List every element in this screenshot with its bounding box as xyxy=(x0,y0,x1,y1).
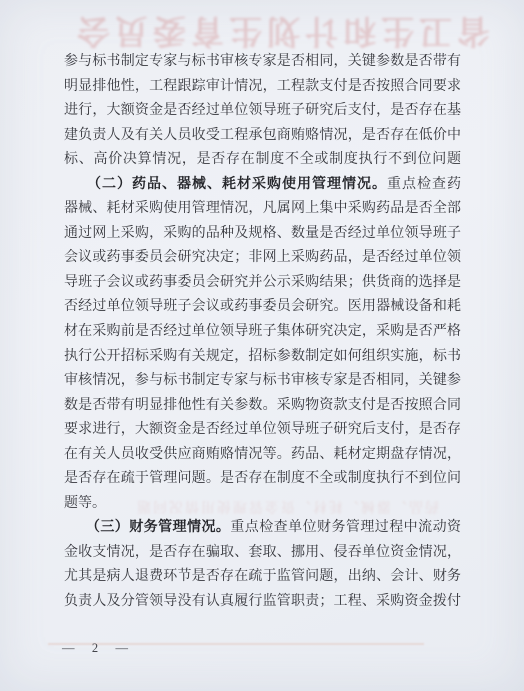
text-line: 金收支情况，是否存在骗取、套取、挪用、侵吞单位资金情况， xyxy=(64,541,461,566)
text-run: 重点检查单位财务管理过程中流动资 xyxy=(230,520,461,535)
text-line: 进行，大额资金是否经过单位领导班子研究后支付，是否存在基 xyxy=(64,99,461,124)
text-run: 参与标书制定专家与标书审核专家是否相同，关键参数是否带有 xyxy=(64,54,461,69)
footer-dash-right: — xyxy=(116,641,129,656)
text-line: 建负责人及有关人员收受工程承包商贿赂情况，是否存在低价中 xyxy=(64,124,461,149)
text-run: 会议或药事委员会研究决定；非网上采购药品，是否经过单位领 xyxy=(64,250,461,265)
text-line: 标、高价决算情况，是否存在制度不全或制度执行不到位问题等。 xyxy=(64,148,461,173)
text-run: 建负责人及有关人员收受工程承包商贿赂情况，是否存在低价中 xyxy=(64,128,461,143)
text-line: 参与标书制定专家与标书审核专家是否相同，关键参数是否带有 xyxy=(64,50,461,75)
document-body: 参与标书制定专家与标书审核专家是否相同，关键参数是否带有明显排他性，工程跟踪审计… xyxy=(64,50,461,615)
text-run: 导班子会议或药事委员会研究并公示采购结果；供货商的选择是 xyxy=(64,275,461,290)
text-line: 在有关人员收受供应商贿赂情况等。药品、耗材定期盘存情况， xyxy=(64,443,461,468)
text-run: 材在采购前是否经过单位领导班子集体研究决定，采购是否严格 xyxy=(64,324,461,339)
text-run: 是否存在疏于管理问题。是否存在制度不全或制度执行不到位问 xyxy=(64,471,461,486)
text-run: 尤其是病人退费环节是否存在疏于监管问题，出纳、会计、财务 xyxy=(64,569,461,584)
text-line: 审核情况，参与标书制定专家与标书审核专家是否相同，关键参 xyxy=(64,369,461,394)
text-run xyxy=(64,177,94,192)
text-run: 在有关人员收受供应商贿赂情况等。药品、耗材定期盘存情况， xyxy=(64,447,461,462)
text-line: 数是否带有明显排他性有关参数。采购物资款支付是否按照合同 xyxy=(64,394,461,419)
text-run xyxy=(64,520,93,535)
bleed-through-text: 药品、器械、耗材、资金管理使用情况问题 xyxy=(98,497,476,517)
text-line: 要求进行，大额资金是否经过单位领导班子研究后支付，是否存 xyxy=(64,418,461,443)
text-run: 通过网上采购，采购的品种及规格、数量是否经过单位领导班子 xyxy=(64,226,461,241)
text-run: 审核情况，参与标书制定专家与标书审核专家是否相同，关键参 xyxy=(64,373,461,388)
text-run: 负责人及分管领导没有认真履行监管职责；工程、采购资金拨付 xyxy=(64,594,461,609)
text-run: 数是否带有明显排他性有关参数。采购物资款支付是否按照合同 xyxy=(64,398,461,413)
text-run: 否经过单位领导班子会议或药事委员会研究。医用器械设备和耗 xyxy=(64,299,461,314)
text-line: 明显排他性，工程跟踪审计情况，工程款支付是否按照合同要求 xyxy=(64,75,461,100)
text-run: 明显排他性，工程跟踪审计情况，工程款支付是否按照合同要求 xyxy=(64,79,461,94)
footer-dash-left: — xyxy=(62,641,75,656)
text-run: 进行，大额资金是否经过单位领导班子研究后支付，是否存在基 xyxy=(64,103,461,118)
text-line: 材在采购前是否经过单位领导班子集体研究决定，采购是否严格 xyxy=(64,320,461,345)
text-run: 金收支情况，是否存在骗取、套取、挪用、侵吞单位资金情况， xyxy=(64,545,461,560)
section-heading: （二）药品、器械、耗材采购使用管理情况。 xyxy=(94,177,387,192)
text-line: 会议或药事委员会研究决定；非网上采购药品，是否经过单位领 xyxy=(64,246,461,271)
text-run: 要求进行，大额资金是否经过单位领导班子研究后支付，是否存 xyxy=(64,422,461,437)
text-line: （三）财务管理情况。重点检查单位财务管理过程中流动资 xyxy=(64,516,461,541)
text-line: 导班子会议或药事委员会研究并公示采购结果；供货商的选择是 xyxy=(64,271,461,296)
page-footer: — 2 — xyxy=(62,641,128,656)
page-number: 2 xyxy=(92,641,98,656)
text-line: 执行公开招标采购有关规定，招标参数制定如何组织实施，标书 xyxy=(64,345,461,370)
text-line: 器械、耗材采购使用管理情况，凡属网上集中采购药品是否全部 xyxy=(64,197,461,222)
text-line: 尤其是病人退费环节是否存在疏于监管问题，出纳、会计、财务 xyxy=(64,565,461,590)
text-line: 负责人及分管领导没有认真履行监管职责；工程、采购资金拨付 xyxy=(64,590,461,615)
text-run: 执行公开招标采购有关规定，招标参数制定如何组织实施，标书 xyxy=(64,349,461,364)
text-run: 标、高价决算情况，是否存在制度不全或制度执行不到位问题等。 xyxy=(64,152,461,173)
document-page: 省卫生和计划生育委员会 参与标书制定专家与标书审核专家是否相同，关键参数是否带有… xyxy=(0,0,524,691)
text-line: 是否存在疏于管理问题。是否存在制度不全或制度执行不到位问 xyxy=(64,467,461,492)
text-line: （二）药品、器械、耗材采购使用管理情况。重点检查药品、 xyxy=(64,173,461,198)
text-line: 通过网上采购，采购的品种及规格、数量是否经过单位领导班子 xyxy=(64,222,461,247)
section-heading: （三）财务管理情况。 xyxy=(93,520,230,535)
text-line: 否经过单位领导班子会议或药事委员会研究。医用器械设备和耗 xyxy=(64,295,461,320)
text-run: 器械、耗材采购使用管理情况，凡属网上集中采购药品是否全部 xyxy=(64,201,461,216)
